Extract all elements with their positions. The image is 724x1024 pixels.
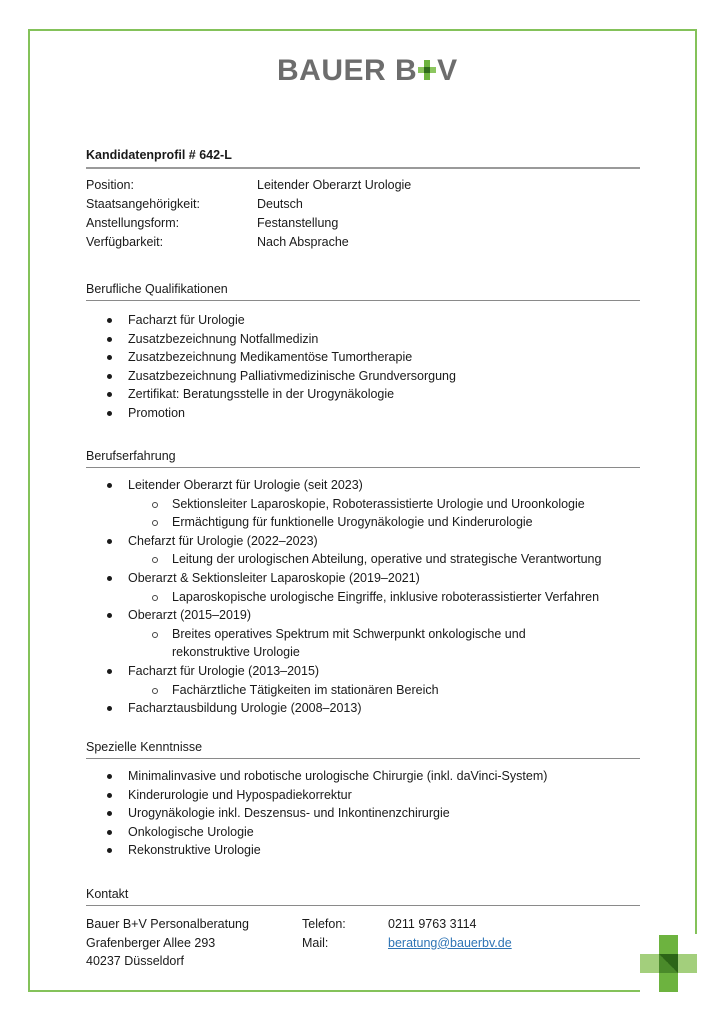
list-item: Zusatzbezeichnung Notfallmedizin [86,330,640,349]
field-position: Position:Leitender Oberarzt Urologie [86,178,411,192]
list-item: Rekonstruktive Urologie [86,841,640,860]
skills-heading: Spezielle Kenntnisse [86,740,202,754]
skills-divider [86,758,640,759]
contact-labels: Telefon: Mail: [302,915,346,952]
phone-label: Telefon: [302,915,346,934]
mail-label: Mail: [302,934,346,953]
experience-list: Leitender Oberarzt für Urologie (seit 20… [86,476,640,718]
experience-title: Facharztausbildung Urologie (2008–2013) [128,701,361,715]
page-frame-top [28,29,697,31]
field-availability: Verfügbarkeit:Nach Absprache [86,235,349,249]
page-frame-left [28,29,30,992]
experience-item: Oberarzt & Sektionsleiter Laparoskopie (… [86,569,640,606]
list-item: Zusatzbezeichnung Palliativmedizinische … [86,367,640,386]
experience-detail: Breites operatives Spektrum mit Schwerpu… [128,625,640,662]
field-label: Anstellungsform: [86,216,257,230]
experience-item: Oberarzt (2015–2019) Breites operatives … [86,606,640,662]
company-name: Bauer B+V Personalberatung [86,915,249,934]
title-divider [86,167,640,169]
page-frame-right [695,29,697,934]
logo-text-right: V [437,54,458,87]
field-nationality: Staatsangehörigkeit:Deutsch [86,197,303,211]
experience-detail: Leitung der urologischen Abteilung, oper… [128,550,640,569]
experience-item: Leitender Oberarzt für Urologie (seit 20… [86,476,640,532]
experience-title: Chefarzt für Urologie (2022–2023) [128,534,318,548]
list-item: Urogynäkologie inkl. Deszensus- und Inko… [86,804,640,823]
contact-heading: Kontakt [86,887,128,901]
field-label: Position: [86,178,257,192]
experience-divider [86,467,640,468]
list-item: Kinderurologie und Hypospadiekorrektur [86,786,640,805]
list-item: Zertifikat: Beratungsstelle in der Urogy… [86,385,640,404]
contact-address: Bauer B+V Personalberatung Grafenberger … [86,915,249,971]
qualifications-list: Facharzt für Urologie Zusatzbezeichnung … [86,311,640,423]
field-label: Verfügbarkeit: [86,235,257,249]
experience-title: Leitender Oberarzt für Urologie (seit 20… [128,478,363,492]
field-value: Nach Absprache [257,235,349,249]
contact-values: 0211 9763 3114 beratung@bauerbv.de [388,915,512,952]
street: Grafenberger Allee 293 [86,934,249,953]
contact-divider [86,905,640,906]
experience-detail: Sektionsleiter Laparoskopie, Roboterassi… [128,495,640,514]
field-value: Leitender Oberarzt Urologie [257,178,411,192]
experience-title: Oberarzt & Sektionsleiter Laparoskopie (… [128,571,420,585]
list-item: Minimalinvasive und robotische urologisc… [86,767,640,786]
page-frame-bottom [28,990,640,992]
field-value: Deutsch [257,197,303,211]
logo-text-left: BAUER B [277,54,417,87]
experience-detail: Ermächtigung für funktionelle Urogynäkol… [128,513,640,532]
list-item: Onkologische Urologie [86,823,640,842]
email-link[interactable]: beratung@bauerbv.de [388,936,512,950]
list-item: Promotion [86,404,640,423]
green-cross-icon [640,935,697,992]
qualifications-divider [86,300,640,301]
qualifications-heading: Berufliche Qualifikationen [86,282,228,296]
city: 40237 Düsseldorf [86,952,249,971]
profile-title: Kandidatenprofil # 642-L [86,148,232,162]
list-item: Facharzt für Urologie [86,311,640,330]
experience-item: Facharzt für Urologie (2013–2015) Fachär… [86,662,640,699]
green-plus-icon [418,58,436,82]
skills-list: Minimalinvasive und robotische urologisc… [86,767,640,860]
field-employment-type: Anstellungsform:Festanstellung [86,216,338,230]
experience-title: Oberarzt (2015–2019) [128,608,251,622]
experience-detail: Fachärztliche Tätigkeiten im stationären… [128,681,640,700]
phone-number: 0211 9763 3114 [388,915,512,934]
list-item: Zusatzbezeichnung Medikamentöse Tumorthe… [86,348,640,367]
field-label: Staatsangehörigkeit: [86,197,257,211]
experience-item: Chefarzt für Urologie (2022–2023) Leitun… [86,532,640,569]
experience-title: Facharzt für Urologie (2013–2015) [128,664,319,678]
experience-item: Facharztausbildung Urologie (2008–2013) [86,699,640,718]
company-logo: BAUER BV [277,54,458,88]
experience-detail: Laparoskopische urologische Eingriffe, i… [128,588,640,607]
field-value: Festanstellung [257,216,338,230]
experience-heading: Berufserfahrung [86,449,176,463]
